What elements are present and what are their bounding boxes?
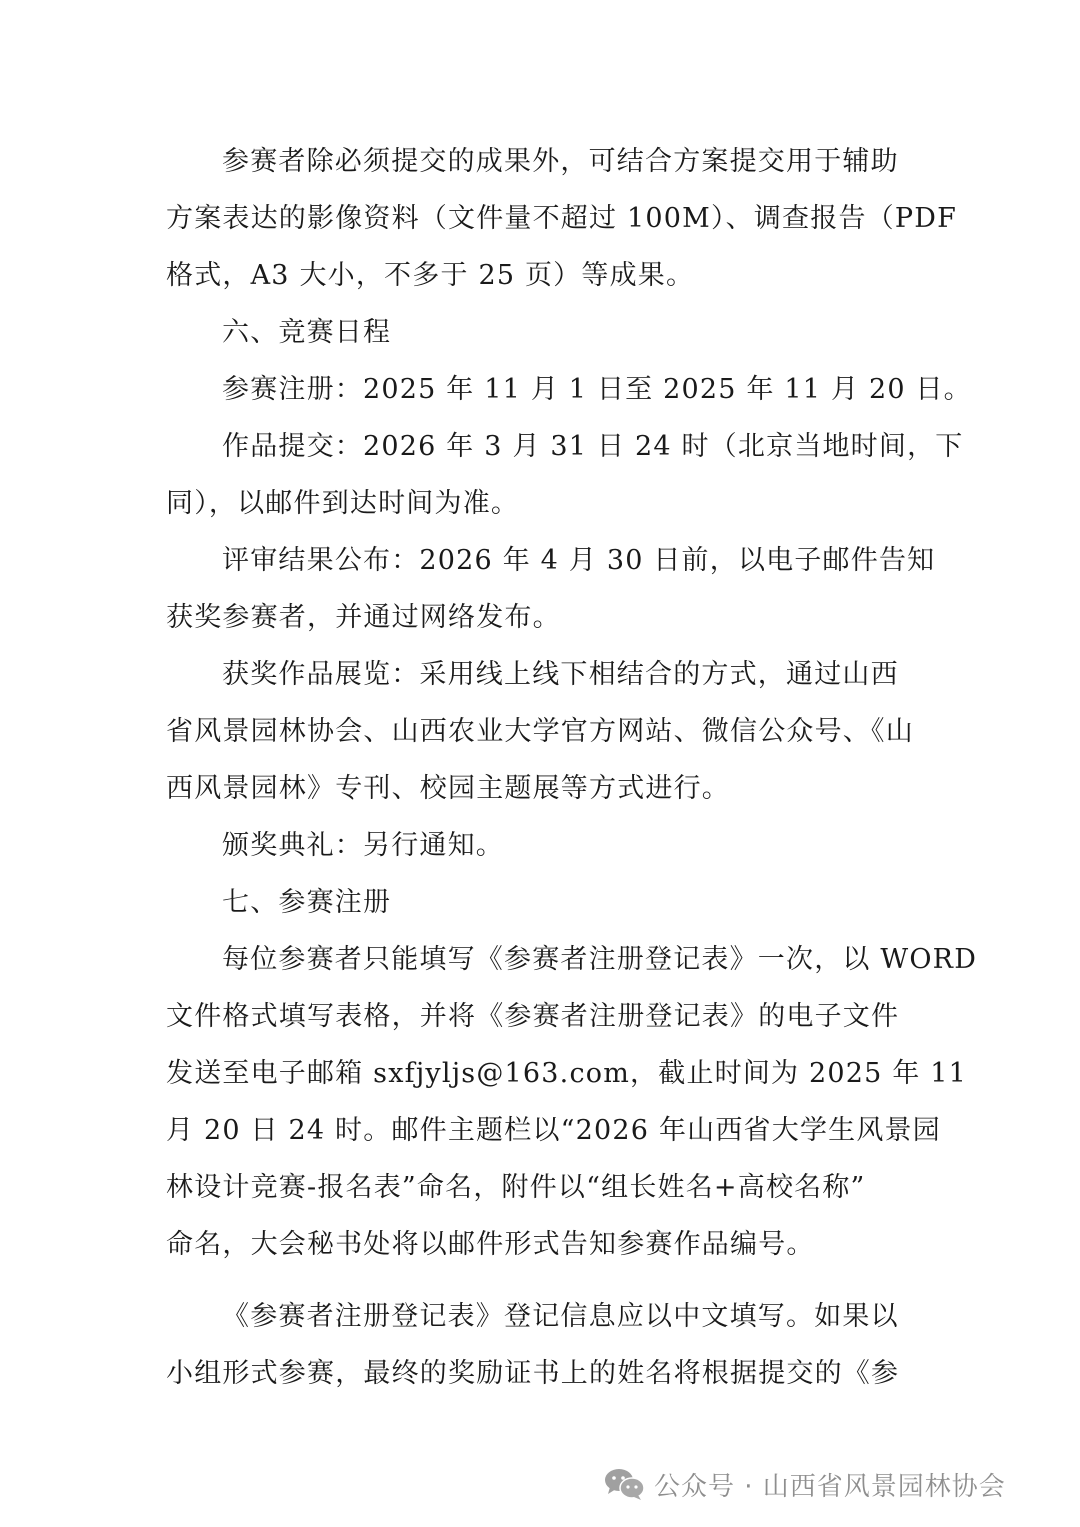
wechat-icon — [604, 1467, 646, 1501]
watermark-text: 公众号 · 山西省风景园林协会 — [654, 1466, 1006, 1503]
paragraph-line: 西风景园林》专刊、校园主题展等方式进行。 — [166, 769, 918, 809]
paragraph-line: 文件格式填写表格，并将《参赛者注册登记表》的电子文件 — [166, 997, 918, 1037]
paragraph-line: 颁奖典礼：另行通知。 — [222, 826, 918, 866]
paragraph-line: 命名，大会秘书处将以邮件形式告知参赛作品编号。 — [166, 1225, 918, 1265]
paragraph-line: 格式，A3 大小，不多于 25 页）等成果。 — [166, 256, 918, 296]
document-page: 参赛者除必须提交的成果外，可结合方案提交用于辅助 方案表达的影像资料（文件量不超… — [0, 0, 1080, 1527]
paragraph-line: 发送至电子邮箱 sxfjyljs@163.com，截止时间为 2025 年 11 — [166, 1054, 918, 1094]
paragraph-line: 林设计竞赛-报名表”命名，附件以“组长姓名+高校名称” — [166, 1168, 918, 1208]
paragraph-line: 同），以邮件到达时间为准。 — [166, 484, 918, 524]
paragraph-line: 参赛者除必须提交的成果外，可结合方案提交用于辅助 — [222, 142, 918, 182]
paragraph-line: 每位参赛者只能填写《参赛者注册登记表》一次，以 WORD — [222, 940, 918, 980]
paragraph-line: 小组形式参赛，最终的奖励证书上的姓名将根据提交的《参 — [166, 1354, 918, 1394]
paragraph-line: 参赛注册：2025 年 11 月 1 日至 2025 年 11 月 20 日。 — [222, 370, 918, 410]
paragraph-line: 《参赛者注册登记表》登记信息应以中文填写。如果以 — [222, 1297, 918, 1337]
paragraph-line: 作品提交：2026 年 3 月 31 日 24 时（北京当地时间，下 — [222, 427, 918, 467]
paragraph-line: 评审结果公布：2026 年 4 月 30 日前，以电子邮件告知 — [222, 541, 918, 581]
section-heading-schedule: 六、竞赛日程 — [222, 313, 918, 353]
paragraph-line: 方案表达的影像资料（文件量不超过 100M）、调查报告（PDF — [166, 199, 918, 239]
paragraph-line: 获奖作品展览：采用线上线下相结合的方式，通过山西 — [222, 655, 918, 695]
section-heading-registration: 七、参赛注册 — [222, 883, 918, 923]
watermark-footer: 公众号 · 山西省风景园林协会 — [604, 1462, 1006, 1506]
paragraph-line: 月 20 日 24 时。邮件主题栏以“2026 年山西省大学生风景园 — [166, 1111, 918, 1151]
paragraph-line: 获奖参赛者，并通过网络发布。 — [166, 598, 918, 638]
paragraph-line: 省风景园林协会、山西农业大学官方网站、微信公众号、《山 — [166, 712, 918, 752]
